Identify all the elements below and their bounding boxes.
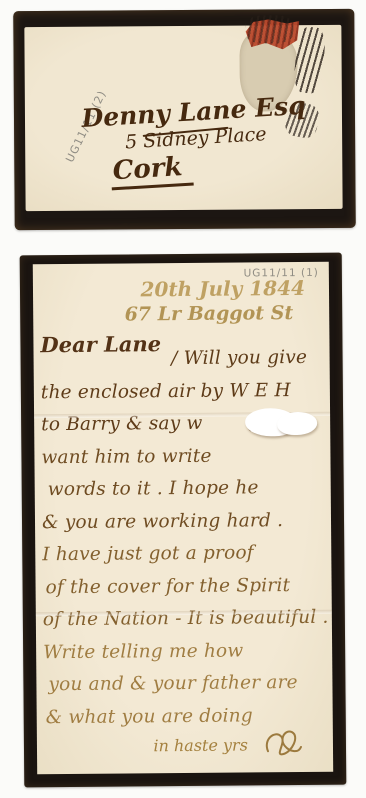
letter-line: words to it . I hope he [48,472,327,507]
letter-line-fragment: to Barry & say w [41,413,203,435]
salutation: Dear Lane [40,331,161,357]
letter-line: want him to write [41,439,326,474]
letter-line: you and & your father are [48,667,328,702]
letter-line: of the cover for the Spirit [45,569,327,604]
letter-line: Write telling me how [43,634,328,669]
letter-body: Dear Lane / Will you give the enclosed a… [33,326,333,761]
torn-hole [245,408,297,436]
letter-line: of the Nation - It is beautiful . [43,602,328,637]
envelope-paper: UG11/11 (2) Denny Lane Esq 5 Sidney Plac… [24,25,342,211]
addressee-city: Cork [110,152,194,191]
handwritten-letter: UG11/11 (1) 20th July 1844 67 Lr Baggot … [20,253,347,788]
letter-line: the enclosed air by W E H [41,374,326,409]
mourning-envelope: UG11/11 (2) Denny Lane Esq 5 Sidney Plac… [13,9,356,230]
letter-paper: UG11/11 (1) 20th July 1844 67 Lr Baggot … [33,262,333,775]
letter-line: & you are working hard . [42,504,327,539]
signature-monogram [261,728,303,758]
letter-date: 20th July 1844 [33,276,305,303]
envelope-address: Denny Lane Esq 5 Sidney Place Cork [23,89,345,196]
closing-text: in haste yrs [153,735,248,755]
letter-line: I have just got a proof [42,537,327,572]
salutation-row: Dear Lane / Will you give [40,330,325,377]
sender-address: 67 Lr Baggot St [33,301,305,328]
letter-line: / Will you give [171,342,307,376]
photograph-of-letter-and-envelope: UG11/11 (2) Denny Lane Esq 5 Sidney Plac… [0,0,366,798]
cancellation-mark [245,15,293,43]
archival-reference-letter: UG11/11 (1) [244,267,319,280]
